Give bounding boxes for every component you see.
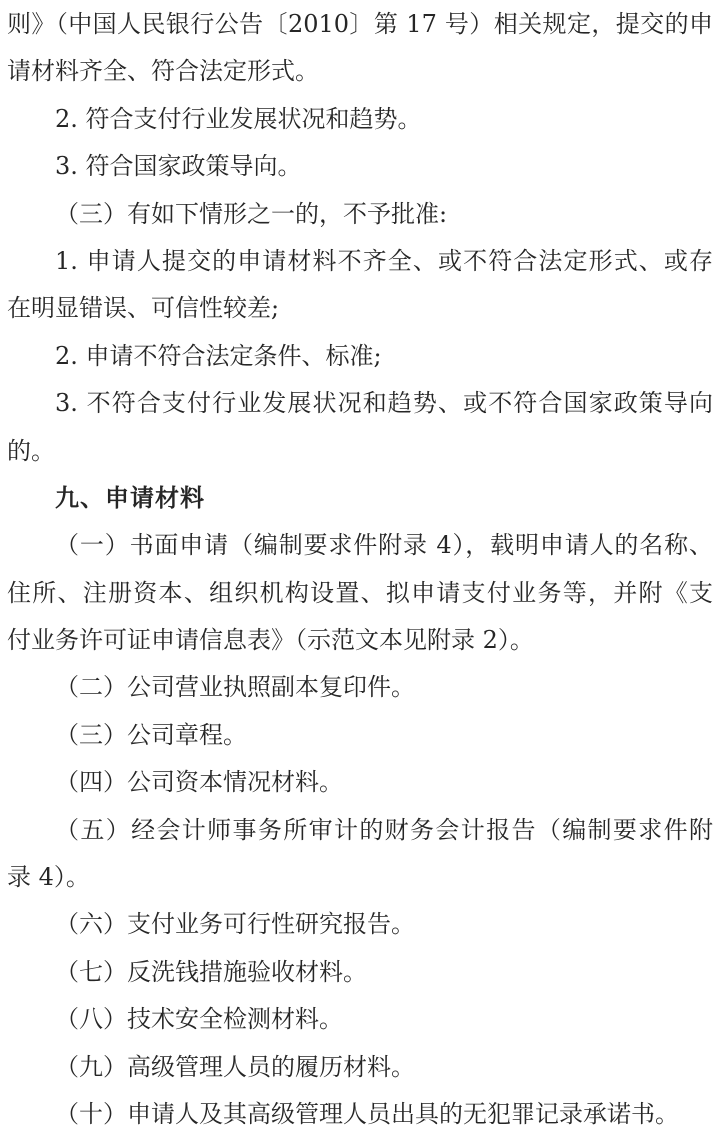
text-line: 录 4）。 [7, 854, 713, 901]
text-line: （五）经会计师事务所审计的财务会计报告（编制要求件附 [7, 807, 713, 854]
section-heading: 九、申请材料 [7, 475, 713, 522]
text-line: （十）申请人及其高级管理人员出具的无犯罪记录承诺书。 [7, 1091, 713, 1138]
document-body: 则》（中国人民银行公告〔2010〕第 17 号）相关规定，提交的申 请材料齐全、… [7, 1, 713, 1138]
document-page: 则》（中国人民银行公告〔2010〕第 17 号）相关规定，提交的申 请材料齐全、… [0, 0, 720, 1139]
text-line: 2. 申请不符合法定条件、标准; [7, 333, 713, 380]
text-line: 1. 申请人提交的申请材料不齐全、或不符合法定形式、或存 [7, 238, 713, 285]
text-line: （八）技术安全检测材料。 [7, 996, 713, 1043]
text-line: （四）公司资本情况材料。 [7, 759, 713, 806]
text-line: 则》（中国人民银行公告〔2010〕第 17 号）相关规定，提交的申 [7, 1, 713, 48]
text-line: 付业务许可证申请信息表》（示范文本见附录 2）。 [7, 617, 713, 664]
text-line: 2. 符合支付行业发展状况和趋势。 [7, 96, 713, 143]
text-line: （六）支付业务可行性研究报告。 [7, 901, 713, 948]
text-line: （三）公司章程。 [7, 712, 713, 759]
text-line: 3. 不符合支付行业发展状况和趋势、或不符合国家政策导向 [7, 380, 713, 427]
text-line: （三）有如下情形之一的，不予批准: [7, 191, 713, 238]
text-line: （七）反洗钱措施验收材料。 [7, 949, 713, 996]
text-line: （一）书面申请（编制要求件附录 4），载明申请人的名称、 [7, 522, 713, 569]
text-line: 请材料齐全、符合法定形式。 [7, 48, 713, 95]
text-line: 的。 [7, 428, 713, 475]
text-line: （九）高级管理人员的履历材料。 [7, 1044, 713, 1091]
text-line: 在明显错误、可信性较差; [7, 285, 713, 332]
text-line: （二）公司营业执照副本复印件。 [7, 664, 713, 711]
text-line: 3. 符合国家政策导向。 [7, 143, 713, 190]
text-line: 住所、注册资本、组织机构设置、拟申请支付业务等，并附《支 [7, 570, 713, 617]
